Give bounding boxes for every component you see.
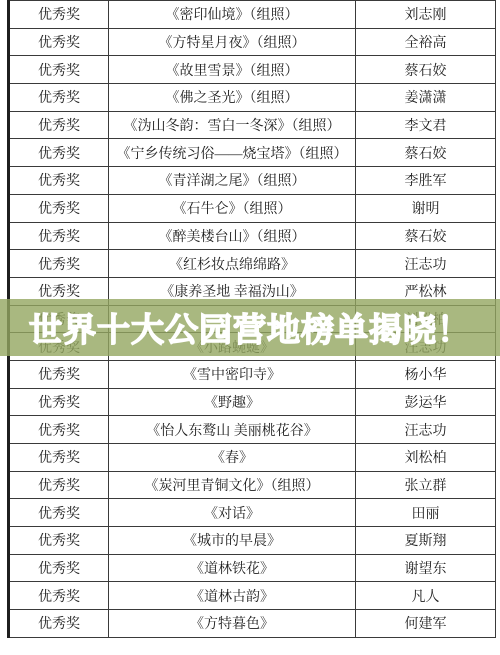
table-row: 优秀奖《怡人东鹜山 美丽桃花谷》汪志功 [9,416,496,444]
author-cell: 汪志功 [356,250,496,278]
table-row: 优秀奖《石牛仑》（组照）谢明 [9,194,496,222]
title-cell: 《石牛仑》（组照） [109,194,356,222]
title-cell: 《醉美楼台山》（组照） [109,222,356,250]
award-cell: 优秀奖 [9,139,109,167]
award-cell: 优秀奖 [9,610,109,638]
award-cell: 优秀奖 [9,222,109,250]
award-cell: 优秀奖 [9,471,109,499]
table-row: 优秀奖《野趣》彭运华 [9,388,496,416]
title-cell: 《佛之圣光》（组照） [109,84,356,112]
author-cell: 全裕高 [356,28,496,56]
author-cell: 姜潇潇 [356,84,496,112]
banner-text: 世界十大公园营地榜单揭晓！ [29,304,471,351]
award-cell: 优秀奖 [9,56,109,84]
table-row: 优秀奖《密印仙境》（组照）刘志刚 [9,1,496,29]
title-cell: 《炭河里青铜文化》（组照） [109,471,356,499]
page: 优秀奖《密印仙境》（组照）刘志刚优秀奖《方特星月夜》（组照）全裕高优秀奖《故里雪… [0,0,500,655]
author-cell: 何建军 [356,610,496,638]
author-cell: 李文君 [356,111,496,139]
author-cell: 杨小华 [356,360,496,388]
title-cell: 《沩山冬韵：雪白一冬深》（组照） [109,111,356,139]
table-row: 优秀奖《春》刘松柏 [9,444,496,472]
title-cell: 《青洋湖之尾》（组照） [109,167,356,195]
award-cell: 优秀奖 [9,388,109,416]
table-row: 优秀奖《红杉妆点绵绵路》汪志功 [9,250,496,278]
author-cell: 田丽 [356,499,496,527]
award-cell: 优秀奖 [9,360,109,388]
award-cell: 优秀奖 [9,1,109,29]
table-row: 优秀奖《方特星月夜》（组照）全裕高 [9,28,496,56]
title-cell: 《故里雪景》（组照） [109,56,356,84]
author-cell: 汪志功 [356,416,496,444]
title-cell: 《道林古韵》 [109,582,356,610]
table-row: 优秀奖《道林古韵》凡人 [9,582,496,610]
title-cell: 《红杉妆点绵绵路》 [109,250,356,278]
award-cell: 优秀奖 [9,582,109,610]
author-cell: 凡人 [356,582,496,610]
award-cell: 优秀奖 [9,444,109,472]
author-cell: 彭运华 [356,388,496,416]
title-cell: 《对话》 [109,499,356,527]
table-row: 优秀奖《宁乡传统习俗——烧宝塔》（组照）蔡石姣 [9,139,496,167]
author-cell: 谢明 [356,194,496,222]
title-cell: 《怡人东鹜山 美丽桃花谷》 [109,416,356,444]
author-cell: 刘松柏 [356,444,496,472]
title-cell: 《野趣》 [109,388,356,416]
table-row: 优秀奖《佛之圣光》（组照）姜潇潇 [9,84,496,112]
table-row: 优秀奖《道林铁花》谢望东 [9,554,496,582]
award-cell: 优秀奖 [9,84,109,112]
award-cell: 优秀奖 [9,554,109,582]
table-row: 优秀奖《故里雪景》（组照）蔡石姣 [9,56,496,84]
table-row: 优秀奖《方特暮色》何建军 [9,610,496,638]
table-row: 优秀奖《炭河里青铜文化》（组照）张立群 [9,471,496,499]
award-cell: 优秀奖 [9,416,109,444]
author-cell: 蔡石姣 [356,56,496,84]
award-cell: 优秀奖 [9,250,109,278]
award-cell: 优秀奖 [9,499,109,527]
title-cell: 《道林铁花》 [109,554,356,582]
author-cell: 蔡石姣 [356,139,496,167]
table-row: 优秀奖《对话》田丽 [9,499,496,527]
title-cell: 《方特暮色》 [109,610,356,638]
author-cell: 谢望东 [356,554,496,582]
author-cell: 夏斯翔 [356,527,496,555]
table-row: 优秀奖《青洋湖之尾》（组照）李胜军 [9,167,496,195]
title-cell: 《方特星月夜》（组照） [109,28,356,56]
table-row: 优秀奖《城市的早晨》夏斯翔 [9,527,496,555]
award-cell: 优秀奖 [9,28,109,56]
title-cell: 《雪中密印寺》 [109,360,356,388]
award-cell: 优秀奖 [9,167,109,195]
table-row: 优秀奖《雪中密印寺》杨小华 [9,360,496,388]
award-cell: 优秀奖 [9,194,109,222]
author-cell: 李胜军 [356,167,496,195]
award-cell: 优秀奖 [9,111,109,139]
award-cell: 优秀奖 [9,527,109,555]
table-row: 优秀奖《沩山冬韵：雪白一冬深》（组照）李文君 [9,111,496,139]
author-cell: 刘志刚 [356,1,496,29]
author-cell: 蔡石姣 [356,222,496,250]
table-row: 优秀奖《醉美楼台山》（组照）蔡石姣 [9,222,496,250]
title-cell: 《城市的早晨》 [109,527,356,555]
title-cell: 《密印仙境》（组照） [109,1,356,29]
title-cell: 《春》 [109,444,356,472]
author-cell: 张立群 [356,471,496,499]
overlay-banner: 世界十大公园营地榜单揭晓！ [0,299,500,356]
title-cell: 《宁乡传统习俗——烧宝塔》（组照） [109,139,356,167]
